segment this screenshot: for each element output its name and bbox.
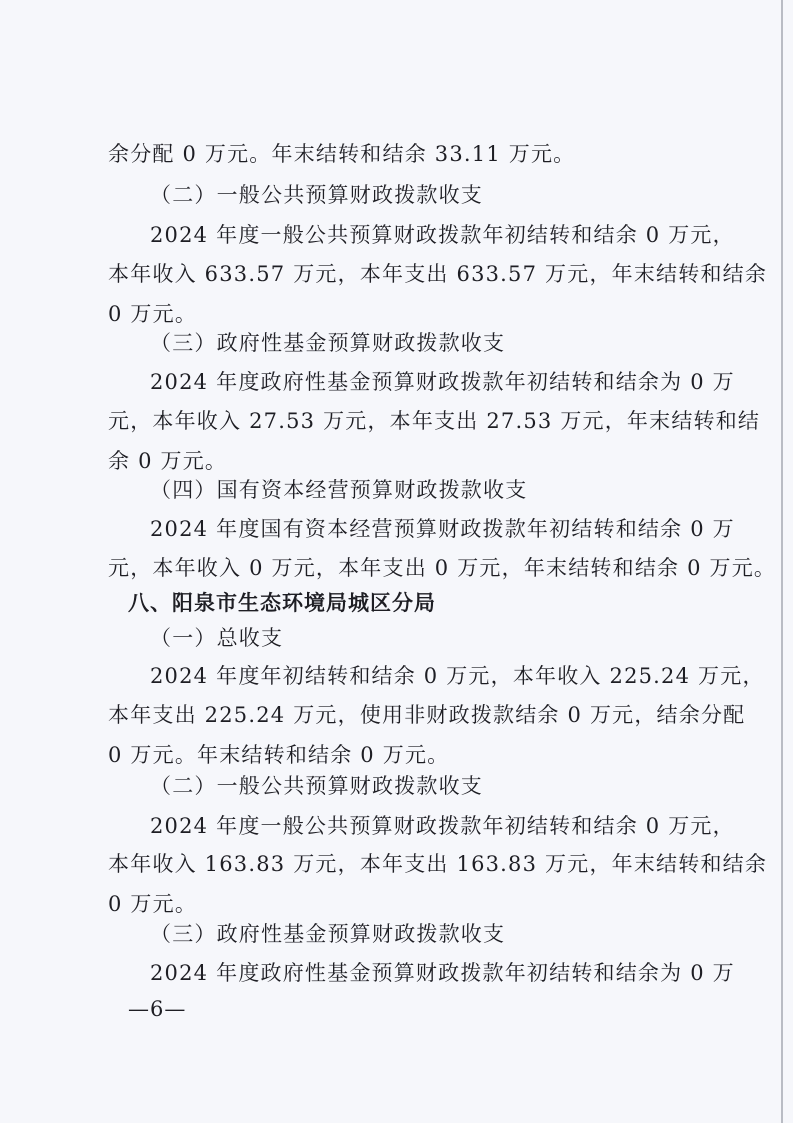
paragraph-line: 本年支出 225.24 万元，使用非财政拨款结余 0 万元，结余分配 (108, 702, 692, 728)
section-heading: （三）政府性基金预算财政拨款收支 (150, 330, 734, 356)
paragraph-line: 0 万元。 (108, 301, 692, 327)
paragraph-line: 2024 年度年初结转和结余 0 万元，本年收入 225.24 万元， (150, 663, 734, 689)
paragraph-line: 2024 年度一般公共预算财政拨款年初结转和结余 0 万元， (150, 222, 734, 248)
section-heading: （二）一般公共预算财政拨款收支 (150, 773, 734, 799)
paragraph-line: 2024 年度政府性基金预算财政拨款年初结转和结余为 0 万 (150, 369, 734, 395)
paragraph-line: 0 万元。年末结转和结余 0 万元。 (108, 742, 692, 768)
paragraph-line: 2024 年度政府性基金预算财政拨款年初结转和结余为 0 万 (150, 960, 734, 986)
section-heading: （四）国有资本经营预算财政拨款收支 (150, 477, 734, 503)
paragraph-line: 本年收入 633.57 万元，本年支出 633.57 万元，年末结转和结余 (108, 261, 692, 287)
section-heading: 八、阳泉市生态环境局城区分局 (128, 590, 712, 616)
paragraph-line: 元，本年收入 27.53 万元，本年支出 27.53 万元，年末结转和结 (108, 408, 692, 434)
paragraph-line: 0 万元。 (108, 891, 692, 917)
section-heading: （二）一般公共预算财政拨款收支 (150, 182, 734, 208)
section-heading: （一）总收支 (150, 625, 734, 651)
paragraph-line: 余 0 万元。 (108, 448, 692, 474)
paragraph-line: 余分配 0 万元。年末结转和结余 33.11 万元。 (108, 141, 692, 167)
page-number: —6— (128, 997, 186, 1021)
section-heading: （三）政府性基金预算财政拨款收支 (150, 921, 734, 947)
scan-edge-line (781, 0, 783, 1123)
paragraph-line: 元，本年收入 0 万元，本年支出 0 万元，年末结转和结余 0 万元。 (108, 555, 692, 581)
paragraph-line: 2024 年度国有资本经营预算财政拨款年初结转和结余 0 万 (150, 516, 734, 542)
paragraph-line: 2024 年度一般公共预算财政拨款年初结转和结余 0 万元， (150, 813, 734, 839)
paragraph-line: 本年收入 163.83 万元，本年支出 163.83 万元，年末结转和结余 (108, 851, 692, 877)
